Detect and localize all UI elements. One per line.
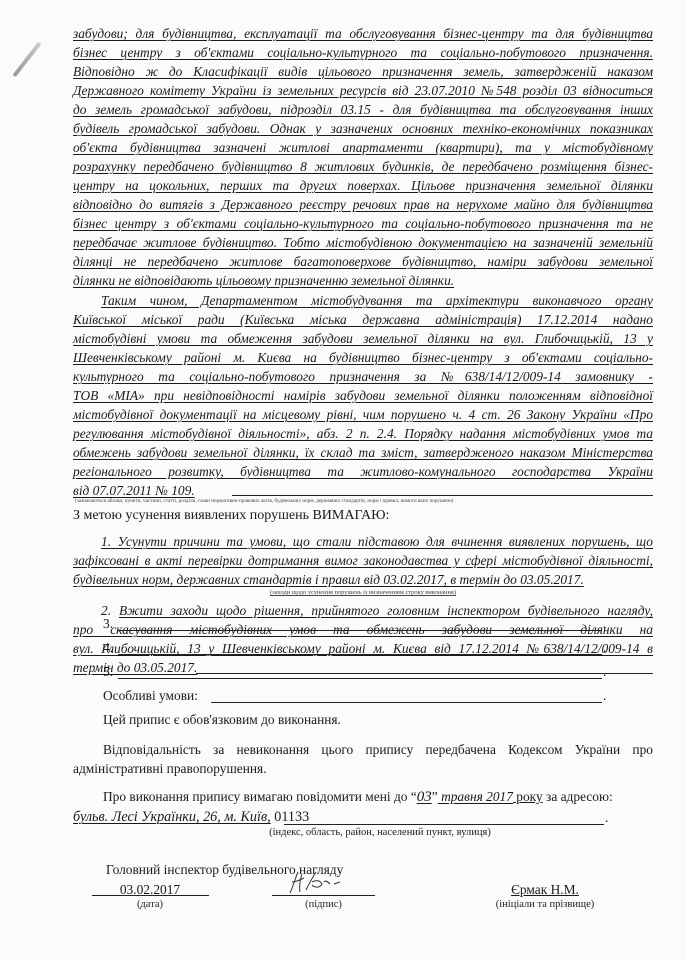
item-3-field[interactable]	[118, 630, 602, 631]
text-line: регіонального розвитку, будівництва та ж…	[73, 462, 653, 481]
notify-prefix: Про виконання припису вимагаю повідомити…	[103, 789, 417, 804]
text-line: вул. Глибочицькій, 13 у Шевченківському …	[73, 639, 653, 658]
text-line: ТОВ «МІА» при невідповідності намірів за…	[73, 386, 653, 405]
liability-line-1: Відповідальність за невиконання цього пр…	[103, 740, 653, 759]
date-caption: (дата)	[90, 899, 210, 910]
item-5-field[interactable]	[118, 678, 602, 679]
text-line: Київської міської ради (Київська міська …	[73, 310, 653, 329]
text-line: Таким чином, Департаментом містобудуванн…	[73, 291, 653, 310]
text-line: до земель громадської забудови, підрозді…	[73, 100, 653, 119]
text-line: передбачає житлове будівництво. Тобто мі…	[73, 233, 653, 252]
address-value: бульв. Лесі Українки, 26, м. Київ,	[73, 809, 271, 825]
demand-1-footnote: (заходи щодо усунення порушень із визнач…	[73, 589, 653, 596]
text-line: Шевченківському районі м. Києва на будів…	[73, 348, 653, 367]
text-line: культурного та соціально-побутового приз…	[73, 367, 653, 386]
date-value: 03.02.2017	[90, 880, 210, 899]
demand-item-1: 1. Усунути причини та умови, що стали пі…	[73, 532, 653, 589]
notify-line: Про виконання припису вимагаю повідомити…	[103, 787, 613, 807]
special-conditions-field[interactable]	[211, 702, 602, 703]
text-line: ділянці не передбачено житлове багатопов…	[73, 252, 653, 271]
text-line: бізнес центру з об'єктами соціально-куль…	[73, 214, 653, 233]
text-line: регулювання містобудівної діяльності», а…	[73, 424, 653, 443]
violation-footnote: (зазначаються абзаци, пункти, частини, с…	[75, 498, 453, 504]
liability-line-2: адміністративні правопорушення.	[73, 759, 267, 778]
demand-heading: З метою усунення виявлених порушень ВИМА…	[73, 506, 389, 525]
text-line: містобудівної документації на місцевому …	[73, 405, 653, 424]
item-4-field[interactable]	[118, 654, 602, 655]
text-line: бізнес центру з об'єктами соціально-куль…	[73, 43, 653, 62]
text-line: термін до 03.05.2017.	[73, 660, 197, 675]
demand-item-2: 2. Вжити заходи щодо рішення, прийнятого…	[73, 601, 653, 677]
text-line: Відповідно ж до Класифікації видів цільо…	[73, 62, 653, 81]
text-line: Вжити заходи щодо рішення, прийнятого го…	[119, 603, 653, 618]
address-field[interactable]	[284, 824, 604, 825]
text-line: центру на цокольних, перших та других по…	[73, 176, 653, 195]
text-line: Державного комітету України із земельних…	[73, 81, 653, 100]
paragraph-violation: Таким чином, Департаментом містобудуванн…	[73, 291, 653, 500]
document-page: забудови; для будівництва, експлуатації …	[0, 0, 686, 960]
item-5-number: 5.	[103, 662, 113, 681]
address-caption: (індекс, область, район, населений пункт…	[220, 827, 540, 838]
item-4-number: 4.	[103, 638, 113, 657]
fill-rule	[232, 495, 653, 496]
notify-day: 03	[417, 789, 432, 805]
postcode: 01133	[271, 809, 310, 825]
pen-mark	[12, 42, 41, 78]
text-line: забудови; для будівництва, експлуатації …	[73, 24, 653, 43]
inspector-name: Єрмак Н.М.	[470, 880, 620, 899]
date-field	[92, 895, 209, 896]
text-line: будівельних норм, державних стандартів і…	[73, 570, 653, 589]
signature-icon	[282, 868, 352, 898]
special-conditions-label: Особливі умови:	[103, 686, 198, 705]
address-line: бульв. Лесі Українки, 26, м. Київ, 01133	[73, 808, 309, 827]
notify-suffix: за адресою:	[543, 789, 613, 804]
notify-month-year: травня 2017	[438, 789, 513, 804]
text-line: зафіксовані в акті перевірки дотримання …	[73, 551, 653, 570]
text-line: розрахунку передбачено будівництво 8 жит…	[73, 157, 653, 176]
text-line: відповідно до витягів з Державного реєст…	[73, 195, 653, 214]
text-line: 1. Усунути причини та умови, що стали пі…	[73, 532, 653, 551]
text-line: ділянки не відповідають цільовому призна…	[73, 271, 653, 290]
text-line: обмежень забудови земельної ділянки, їх …	[73, 443, 653, 462]
signature-caption: (підпис)	[272, 899, 375, 910]
text-line: будівель громадської забудови. Однак у з…	[73, 119, 653, 138]
notify-year-word: року	[513, 789, 543, 804]
text-line: об'єкта будівництва зазначені житлові ап…	[73, 138, 653, 157]
mandatory-note: Цей припис є обов'язковим до виконання.	[103, 710, 341, 729]
name-caption: (ініціали та прізвище)	[455, 899, 635, 910]
item-3-number: 3.	[103, 614, 113, 633]
fill-rule	[196, 673, 653, 674]
paragraph-land-purpose: забудови; для будівництва, експлуатації …	[73, 24, 653, 290]
text-line: містобудівні умови та обмеження забудови…	[73, 329, 653, 348]
signature-field	[272, 895, 375, 896]
